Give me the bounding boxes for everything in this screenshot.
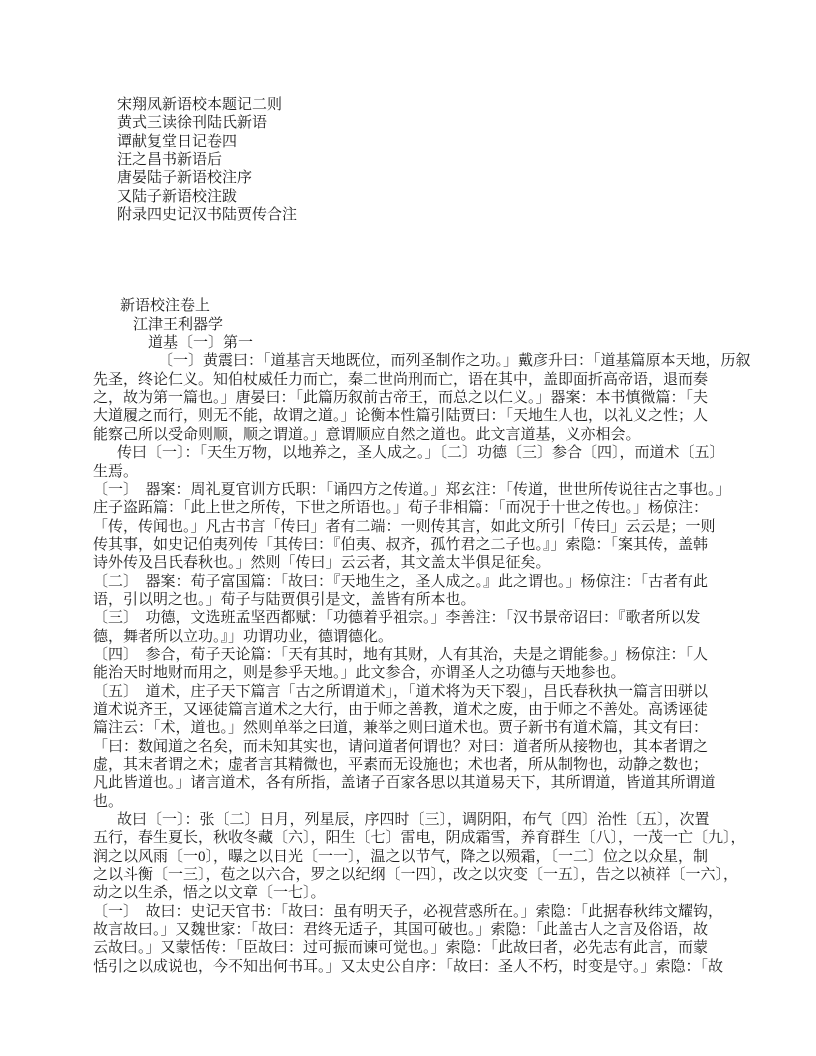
body-text-line: 〔二〕 器案：荀子富国篇：「故曰：『天地生之，圣人成之。』此之谓也。」杨倞注：「… [93, 573, 753, 591]
body-text-line: 〔五〕 道术，庄子天下篇言「古之所谓道术」，「道术将为天下裂」，吕氏春秋执一篇言… [93, 683, 753, 701]
author-line: 江津王利器学 [93, 316, 753, 334]
body-text-line: 也。 [93, 793, 753, 811]
body-text-line: 诗外传及吕氏春秋也。」然则「传曰」云云者，其文盖太半俱足征矣。 [93, 554, 753, 572]
front-matter-line: 谭献复堂日记卷四 [93, 133, 753, 151]
body-text-line: 之，故为第一篇也。」唐晏曰：「此篇历叙前古帝王，而总之以仁义。」器案：本书慎微篇… [93, 389, 753, 407]
text-column: 宋翔凤新语校本题记二则 黄式三读徐刊陆氏新语 谭献复堂日记卷四 汪之昌书新语后 … [93, 96, 753, 976]
chapter-heading: 道基〔一〕第一 [93, 334, 753, 352]
body-text-line: 道术说齐王，又诬徒篇言道术之大行，由于师之善教，道术之废，由于师之不善处。高诱诬… [93, 701, 753, 719]
body-text-line: 「曰：数闻道之名矣，而未知其实也，请问道者何谓也？对曰：道者所从接物也，其本者谓… [93, 738, 753, 756]
front-matter-list: 宋翔凤新语校本题记二则 黄式三读徐刊陆氏新语 谭献复堂日记卷四 汪之昌书新语后 … [93, 96, 753, 224]
body-text-line: 传曰〔一〕：「天生万物，以地养之，圣人成之。」〔二〕功德〔三〕参合〔四〕，而道术… [93, 444, 753, 462]
body-text-line: 语，引以明之也。」荀子与陆贾俱引是文，盖皆有所本也。 [93, 591, 753, 609]
front-matter-line: 汪之昌书新语后 [93, 151, 753, 169]
body-text-line: 生焉。 [93, 463, 753, 481]
body-text-line: 庄子盗跖篇：「此上世之所传，下世之所语也。」荀子非相篇：「而况于十世之传也。」杨… [93, 499, 753, 517]
front-matter-line: 附录四史记汉书陆贾传合注 [93, 206, 753, 224]
body-text-line: 先圣，终论仁义。知伯杖威任力而亡，秦二世尚刑而亡，语在其中，盖即面折高帝语，退而… [93, 371, 753, 389]
body-text-line: 虚，其末者谓之术；虚者言其精微也，平素而无设施也；术也者，所从制物也，动静之数也… [93, 756, 753, 774]
body-text-line: 润之以风雨〔一0〕，曝之以日光〔一一〕，温之以节气，降之以殒霜，〔一二〕位之以众… [93, 848, 753, 866]
body-text-line: 之以斗衡〔一三〕，苞之以六合，罗之以纪纲〔一四〕，改之以灾变〔一五〕，告之以祯祥… [93, 866, 753, 884]
front-matter-line: 黄式三读徐刊陆氏新语 [93, 114, 753, 132]
body-text-line: 〔一〕 故曰：史记天官书：「故曰：虽有明天子，必视营惑所在。」索隐：「此据春秋纬… [93, 903, 753, 921]
body-text-line: 〔三〕 功德，文选班孟坚西都赋：「功德着乎祖宗。」李善注：「汉书景帝诏曰：『歌者… [93, 609, 753, 627]
body-text-line: 故曰〔一〕：张〔二〕日月，列星辰，序四时〔三〕，调阴阳，布气〔四〕治性〔五〕，次… [93, 811, 753, 829]
body-text-line: 传其事，如史记伯夷列传「其传曰：『伯夷、叔齐，孤竹君之二子也。』」索隐：「案其传… [93, 536, 753, 554]
body-text-line: 德，舞者所以立功。』」功谓功业，德谓德化。 [93, 628, 753, 646]
body-text-line: 「传，传闻也。」凡古书言「传曰」者有二端：一则传其言，如此文所引「传曰」云云是；… [93, 518, 753, 536]
body-text-line: 能治天时地财而用之，则是参乎天地。」此文参合，亦谓圣人之功德与天地参也。 [93, 664, 753, 682]
section-gap [93, 224, 753, 297]
body-text-line: 凡此皆道也。」诸言道术，各有所指，盖诸子百家各思以其道易天下，其所谓道，皆道其所… [93, 774, 753, 792]
body-text-line: 五行，春生夏长，秋收冬藏〔六〕，阳生〔七〕雷电，阴成霜雪，养育群生〔八〕，一茂一… [93, 829, 753, 847]
body-text-line: 恬引之以成说也，今不知出何书耳。」又太史公自序：「故曰：圣人不朽，时变是守。」索… [93, 958, 753, 976]
front-matter-line: 宋翔凤新语校本题记二则 [93, 96, 753, 114]
body-text-line: 动之以生杀，悟之以文章〔一七〕。 [93, 884, 753, 902]
body-text-line: 故言故曰。」又魏世家：「故曰：君终无适子，其国可破也。」索隐：「此盖古人之言及俗… [93, 921, 753, 939]
main-text: 新语校注卷上 江津王利器学 道基〔一〕第一 〔一〕黄震曰：「道基言天地既位，而列… [93, 297, 753, 976]
body-text-line: 〔一〕 器案：周礼夏官训方氏职：「诵四方之传道。」郑玄注：「传道，世世所传说往古… [93, 481, 753, 499]
front-matter-line: 唐晏陆子新语校注序 [93, 169, 753, 187]
body-text-line: 〔四〕 参合，荀子天论篇：「天有其时，地有其财，人有其治，夫是之谓能参。」杨倞注… [93, 646, 753, 664]
body-text-line: 云故曰。」又蒙恬传：「臣故曰：过可振而谏可觉也。」索隐：「此故曰者，必先志有此言… [93, 939, 753, 957]
document-page: 宋翔凤新语校本题记二则 黄式三读徐刊陆氏新语 谭献复堂日记卷四 汪之昌书新语后 … [0, 0, 816, 1056]
volume-title: 新语校注卷上 [93, 297, 753, 315]
front-matter-line: 又陆子新语校注跋 [93, 188, 753, 206]
body-text-line: 能察己所以受命则顺，顺之谓道。」意谓顺应自然之道也。此文言道基，义亦相会。 [93, 426, 753, 444]
body-text-line: 〔一〕黄震曰：「道基言天地既位，而列圣制作之功。」戴彦升曰：「道基篇原本天地，历… [93, 352, 753, 370]
body-text-line: 大道履之而行，则无不能，故谓之道。」论衡本性篇引陆贾曰：「天地生人也，以礼义之性… [93, 407, 753, 425]
body-text-line: 篇注云：「术，道也。」然则单举之曰道，兼举之则曰道术也。贾子新书有道术篇，其文有… [93, 719, 753, 737]
